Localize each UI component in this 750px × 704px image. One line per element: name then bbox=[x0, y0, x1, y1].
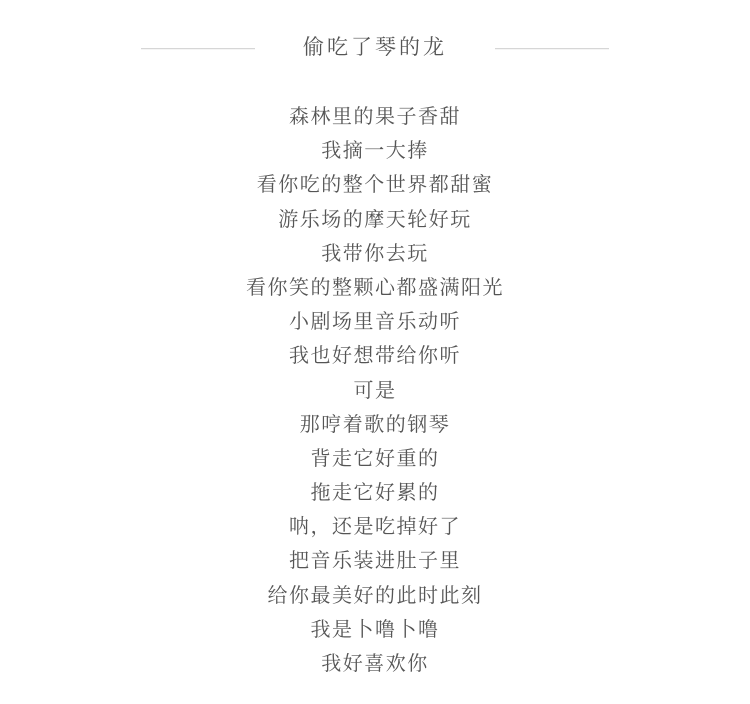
poem-line: 游乐场的摩天轮好玩 bbox=[0, 203, 750, 237]
poem-line: 看你吃的整个世界都甜蜜 bbox=[0, 168, 750, 202]
poem-line: 拖走它好累的 bbox=[0, 476, 750, 510]
lyrics-page: 偷吃了琴的龙 森林里的果子香甜我摘一大捧看你吃的整个世界都甜蜜游乐场的摩天轮好玩… bbox=[0, 0, 750, 704]
title-divider-right bbox=[495, 48, 609, 49]
poem-line: 我好喜欢你 bbox=[0, 647, 750, 681]
page-title: 偷吃了琴的龙 bbox=[303, 37, 447, 59]
poem-line: 我也好想带给你听 bbox=[0, 339, 750, 373]
poem-line: 给你最美好的此时此刻 bbox=[0, 579, 750, 613]
poem-line: 我带你去玩 bbox=[0, 237, 750, 271]
poem-line: 森林里的果子香甜 bbox=[0, 100, 750, 134]
poem-body: 森林里的果子香甜我摘一大捧看你吃的整个世界都甜蜜游乐场的摩天轮好玩我带你去玩看你… bbox=[0, 100, 750, 681]
poem-line: 呐，还是吃掉好了 bbox=[0, 510, 750, 544]
poem-line: 那哼着歌的钢琴 bbox=[0, 408, 750, 442]
poem-line: 看你笑的整颗心都盛满阳光 bbox=[0, 271, 750, 305]
poem-line: 可是 bbox=[0, 374, 750, 408]
poem-line: 把音乐装进肚子里 bbox=[0, 544, 750, 578]
poem-line: 背走它好重的 bbox=[0, 442, 750, 476]
poem-line: 小剧场里音乐动听 bbox=[0, 305, 750, 339]
title-row: 偷吃了琴的龙 bbox=[0, 0, 750, 59]
poem-line: 我摘一大捧 bbox=[0, 134, 750, 168]
poem-line: 我是卜噜卜噜 bbox=[0, 613, 750, 647]
title-divider-left bbox=[141, 48, 255, 49]
